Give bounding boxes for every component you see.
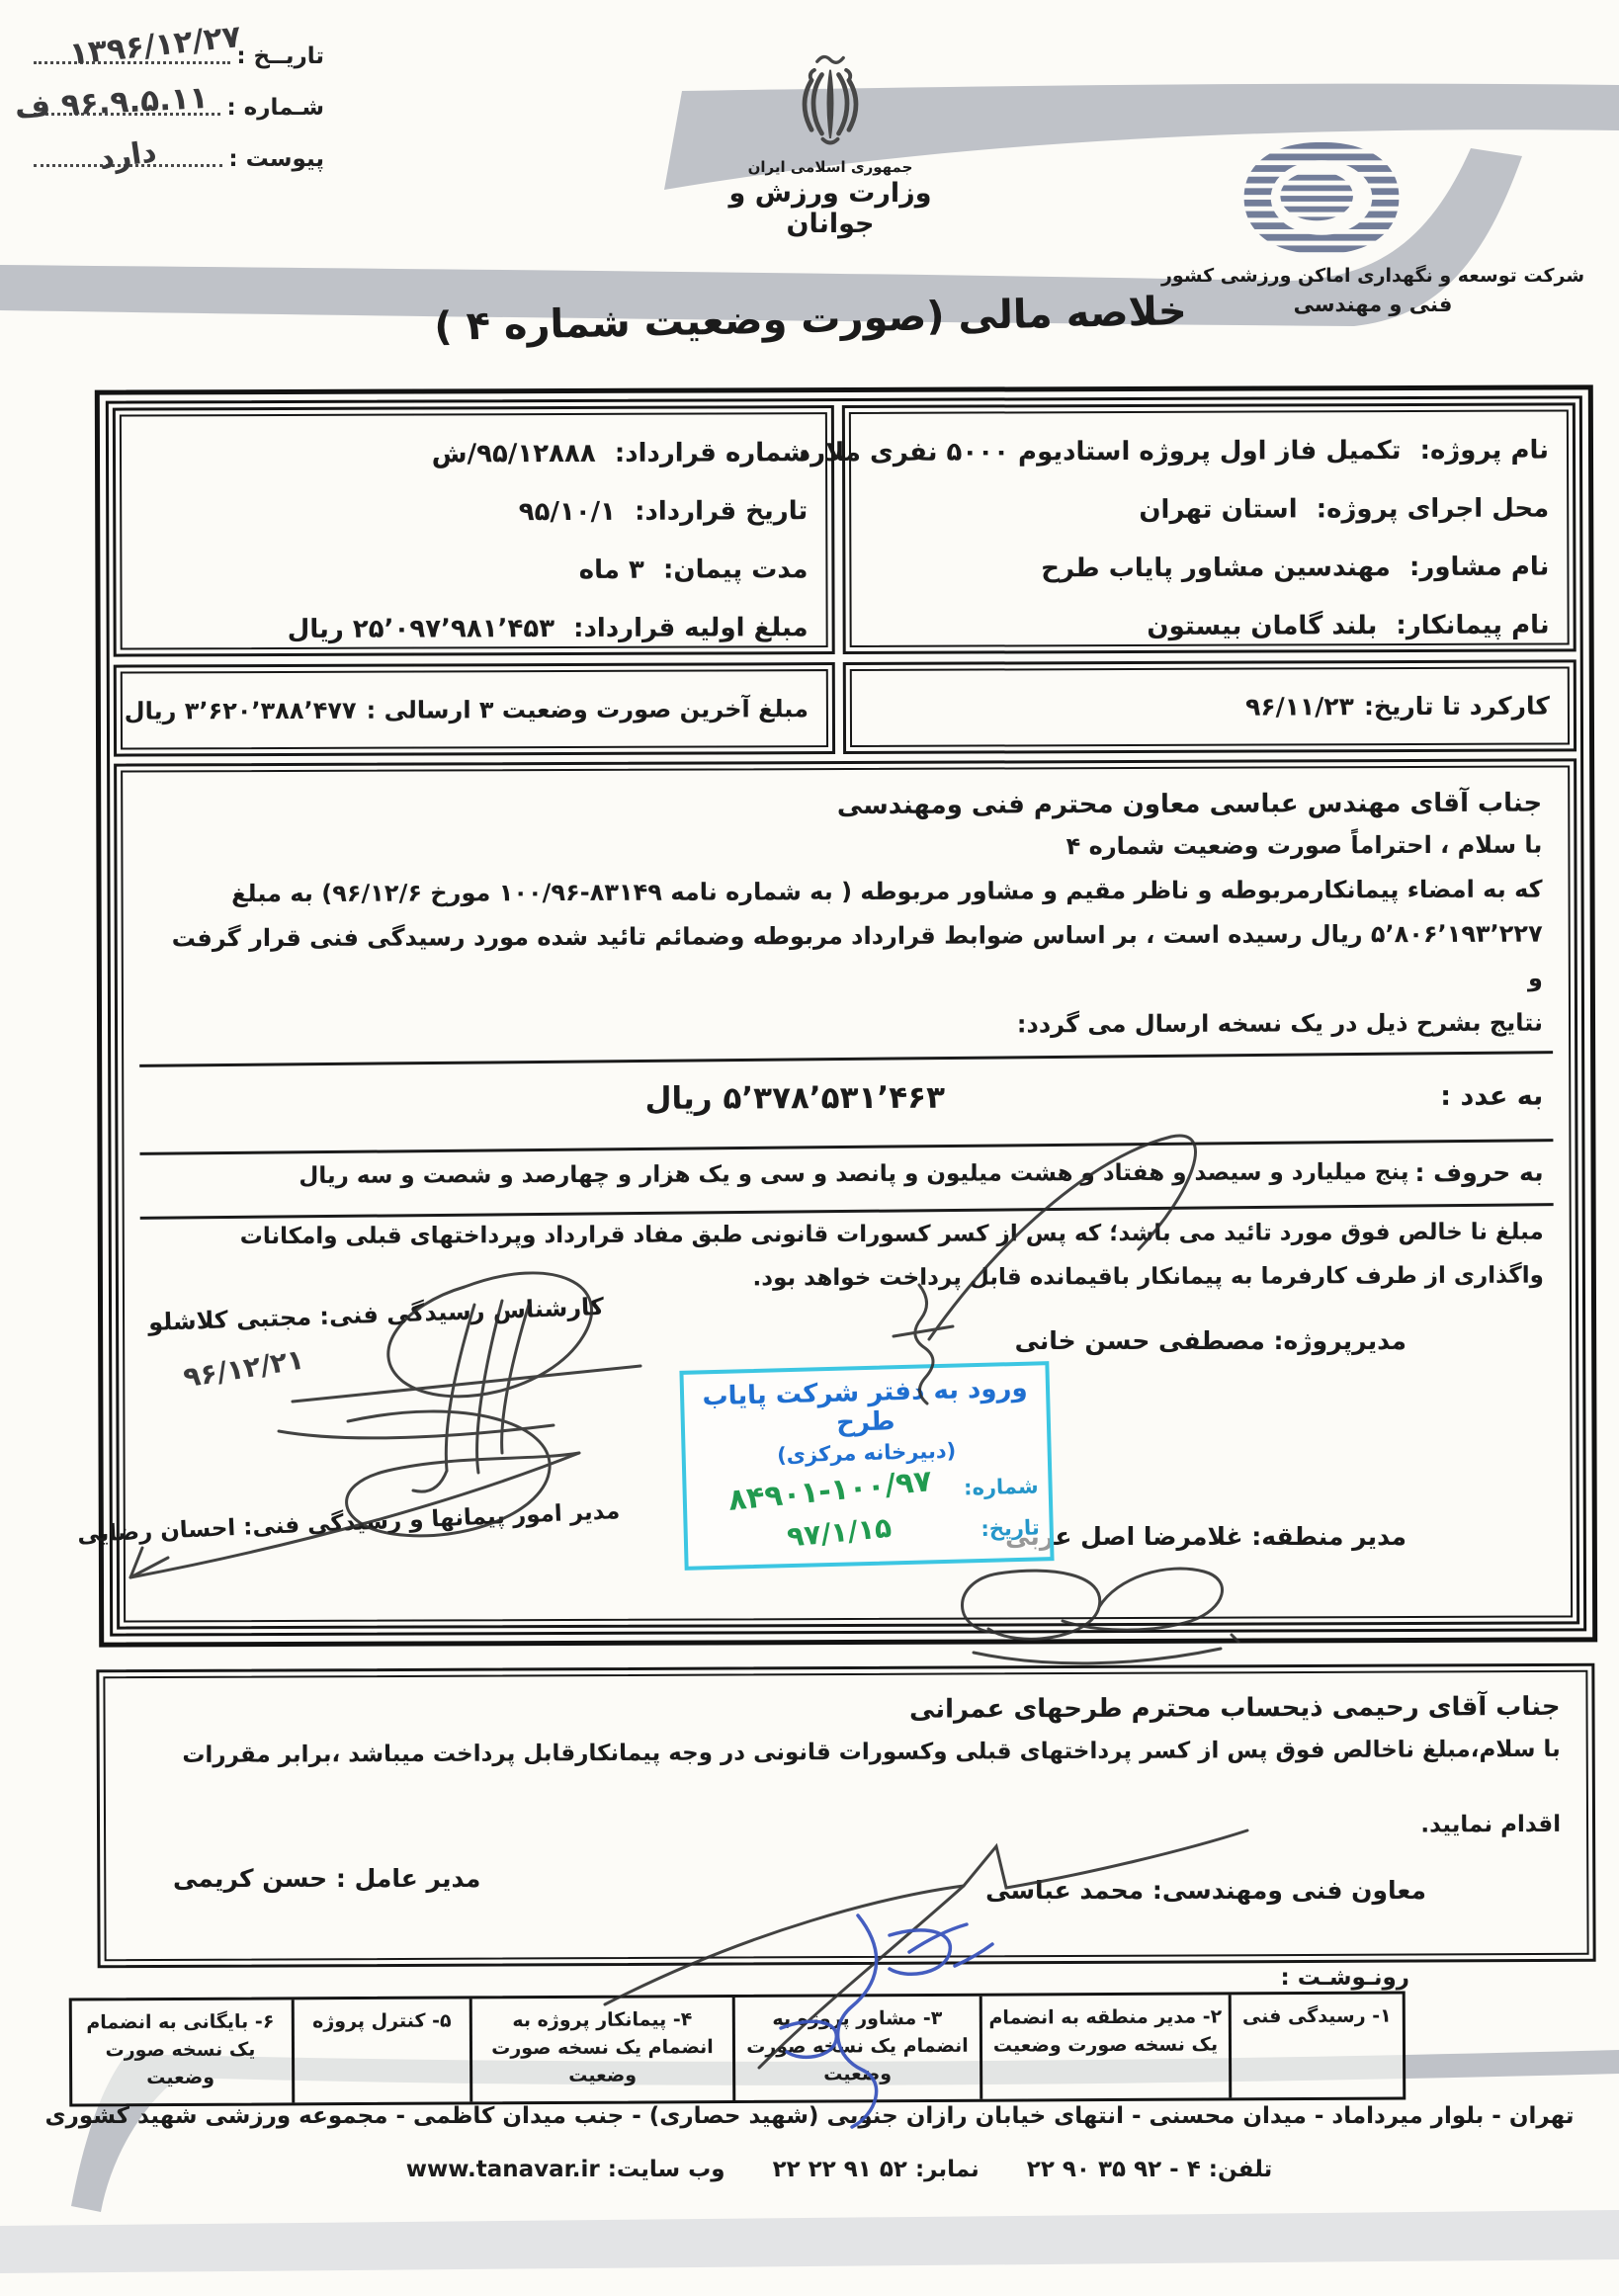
- letter-line: ۵٬۸۰۶٬۱۹۳٬۲۲۷ ریال رسیده است ، بر اساس ض…: [149, 912, 1543, 1006]
- page-bottom-band: [0, 2210, 1619, 2273]
- field-label: مبلغ اولیه قرارداد:: [573, 613, 809, 643]
- accountant-letter-box: جناب آقای رحیمی ذیحساب محترم طرحهای عمرا…: [96, 1663, 1595, 1969]
- contract-number-row: شماره قرارداد: ۹۵/۱۲۸۸۸/ش: [131, 424, 808, 484]
- accountant-body-line: اقدام نمایید.: [131, 1803, 1561, 1852]
- field-label: مبلغ آخرین صورت وضعیت ۳ ارسالی :: [367, 695, 809, 724]
- incoming-mail-stamp: ورود به دفتر شرکت پایاب طرح (دبیرخانه مر…: [679, 1361, 1054, 1571]
- cc-item: ۴- پیمانکار پروژه به انضمام یک نسخه صورت…: [469, 1998, 733, 2101]
- stamp-company-line: ورود به دفتر شرکت پایاب طرح: [694, 1374, 1037, 1442]
- letter-line: که به امضاء پیمانکارمربوطه و ناظر مقیم و…: [148, 868, 1542, 917]
- field-value: ۳ ماه: [579, 555, 644, 585]
- consultant-row: نام مشاور: مهندسین مشاور پایاب طرح: [861, 539, 1549, 599]
- attachment-field: پیوست :: [28, 142, 324, 172]
- field-value: مهندسین مشاور پایاب طرح: [1041, 553, 1391, 583]
- amount-numeric-row: به عدد : ۵٬۳۷۸٬۵۳۱٬۴۶۳ ریال: [149, 1059, 1543, 1139]
- amount-numeric-label: به عدد :: [1440, 1080, 1543, 1111]
- field-label: نام پیمانکار:: [1396, 611, 1549, 641]
- field-value: ۲۵٬۰۹۷٬۹۸۱٬۴۵۳ ریال: [288, 614, 554, 644]
- field-label: کارکرد تا تاریخ:: [1364, 692, 1550, 722]
- stamp-date-row: تاریخ: ۹۷/۱/۱۵: [697, 1510, 1040, 1552]
- stamp-secretariat-line: (دبیرخانه مرکزی): [695, 1436, 1038, 1469]
- government-emblem-block: جمهوری اسلامی ایران وزارت ورزش و جوانان: [682, 49, 979, 239]
- footer-contact-line: تلفن: ۴ - ۹۲ ۳۵ ۹۰ ۲۲ نمابر: ۵۲ ۹۱ ۲۲ ۲۲…: [30, 2157, 1619, 2182]
- field-label: محل اجرای پروژه:: [1317, 494, 1550, 525]
- stamp-number-row: شماره: ۸۴۹۰۱-۱۰۰/۹۷: [696, 1468, 1039, 1511]
- letter-line: نتایج بشرح ذیل در یک نسخه ارسال می گردد:: [149, 1001, 1543, 1051]
- stamp-number-label: شماره:: [964, 1474, 1039, 1499]
- last-statement-box: مبلغ آخرین صورت وضعیت ۳ ارسالی : ۳٬۶۲۰٬۳…: [114, 662, 835, 757]
- contractor-row: نام پیمانکار: بلند گامان بیستون: [862, 597, 1550, 657]
- cc-item: ۵- کنترل پروژه: [292, 1998, 470, 2102]
- amount-words-row: به حروف : پنج میلیارد و سیصد و هفتاد و ه…: [149, 1147, 1543, 1203]
- field-label: مدت پیمان:: [663, 554, 809, 585]
- contract-duration-row: مدت پیمان: ۳ ماه: [131, 541, 808, 601]
- deputy-signature-line: معاون فنی ومهندسی: محمد عباسی: [985, 1876, 1426, 1905]
- note-line: مبلغ نا خالص فوق مورد تائید می باشد؛ که …: [150, 1211, 1544, 1259]
- field-label: نام پروژه:: [1420, 436, 1550, 466]
- ceo-signature-line: مدیر عامل : حسن کریمی: [173, 1864, 480, 1893]
- field-value: بلند گامان بیستون: [1147, 611, 1377, 641]
- contract-date-row: تاریخ قرارداد: ۹۵/۱۰/۱: [131, 482, 808, 543]
- gov-line2: وزارت ورزش و جوانان: [682, 178, 979, 239]
- project-info-box: نام پروژه: تکمیل فاز اول پروژه استادیوم …: [842, 402, 1576, 654]
- gov-line1: جمهوری اسلامی ایران: [682, 158, 979, 176]
- amount-words-label: به حروف :: [1414, 1157, 1543, 1186]
- attachment-label: پیوست :: [228, 146, 324, 172]
- field-value: ۹۵/۱۲۸۸۸/ش: [432, 439, 596, 469]
- project-name-row: نام پروژه: تکمیل فاز اول پروژه استادیوم …: [861, 422, 1549, 482]
- number-label: شـماره :: [226, 95, 324, 121]
- accountant-heading: جناب آقای رحیمی ذیحساب محترم طرحهای عمرا…: [130, 1686, 1560, 1734]
- footer-fax: نمابر: ۵۲ ۹۱ ۲۲ ۲۲: [773, 2157, 980, 2182]
- accountant-body-line: با سلام،مبلغ ناخالص فوق پس از کسر پرداخت…: [131, 1728, 1561, 1777]
- cc-label: رونـوشـت :: [1281, 1965, 1410, 1991]
- field-value: استان تهران: [1139, 494, 1297, 525]
- project-manager-signature-line: مدیرپروژه: مصطفی حسن خانی: [1015, 1326, 1406, 1355]
- scanned-financial-summary-letter: { "colors": { "paper": "#fcfbf7", "ink":…: [0, 0, 1619, 2296]
- stamp-date-label: تاریخ:: [980, 1515, 1040, 1541]
- initial-amount-row: مبلغ اولیه قرارداد: ۲۵٬۰۹۷٬۹۸۱٬۴۵۳ ریال: [132, 599, 809, 659]
- footer-website: وب سایت: www.tanavar.ir: [406, 2157, 725, 2182]
- cc-item: ۲- مدیر منطقه به انضمام یک نسخه صورت وضع…: [980, 1995, 1230, 2098]
- field-value: ۹۶/۱۱/۲۳: [1245, 692, 1354, 721]
- field-label: تاریخ قرارداد:: [635, 496, 808, 527]
- field-label: نام مشاور:: [1409, 553, 1550, 582]
- region-manager-signature-line: مدیر منطقه: غلامرضا اصل عربی: [1005, 1522, 1406, 1551]
- field-value: ۳٬۶۲۰٬۳۸۸٬۴۷۷ ریال: [125, 696, 357, 724]
- letter-line: با سلام ، احتراماً صورت وضعیت شماره ۴: [148, 823, 1542, 873]
- worked-until-box: کارکرد تا تاریخ: ۹۶/۱۱/۲۳: [843, 659, 1576, 754]
- amount-words-value: پنج میلیارد و سیصد و هفتاد و هشت میلیون …: [298, 1159, 1408, 1189]
- company-logo-icon: [1239, 138, 1404, 259]
- contract-info-box: شماره قرارداد: ۹۵/۱۲۸۸۸/ش تاریخ قرارداد:…: [113, 405, 835, 657]
- project-location-row: محل اجرای پروژه: استان تهران: [861, 480, 1549, 541]
- field-label: شماره قرارداد:: [615, 438, 808, 468]
- iran-emblem-icon: [779, 49, 882, 152]
- cc-item: ۶- بایگانی به انضمام یک نسخه صورت وضعیت: [69, 1999, 293, 2103]
- amount-numeric-value: ۵٬۳۷۸٬۵۳۱٬۴۶۳ ریال: [149, 1078, 1440, 1119]
- company-name: شرکت توسعه و نگهداری اماکن ورزشی کشور: [1127, 265, 1619, 287]
- cc-distribution-table: ۱- رسیدگی فنی ۲- مدیر منطقه به انضمام یک…: [69, 1991, 1406, 2106]
- cc-item: ۳- مشاور پروژه به انضمام یک نسخه صورت وض…: [732, 1997, 980, 2100]
- footer-address: تهران - بلوار میرداماد - میدان محسنی - ا…: [0, 2103, 1619, 2129]
- document-title: خلاصه مالی (صورت وضعیت شماره ۴ ): [297, 286, 1325, 353]
- note-line: واگذاری از طرف کارفرما به پیمانکار باقیم…: [150, 1254, 1544, 1303]
- date-label: تاریــخ :: [236, 43, 324, 69]
- field-value: ۹۵/۱۰/۱: [519, 497, 616, 527]
- company-logo-block: [1236, 138, 1404, 263]
- letter-salutation: جناب آقای مهندس عباسی معاون محترم فنی وم…: [148, 784, 1542, 828]
- footer-phone: تلفن: ۴ - ۹۲ ۳۵ ۹۰ ۲۲: [1027, 2157, 1272, 2182]
- field-value: تکمیل فاز اول پروژه استادیوم ۵۰۰۰ نفری م…: [798, 436, 1402, 468]
- cc-item: ۱- رسیدگی فنی: [1229, 1994, 1404, 2097]
